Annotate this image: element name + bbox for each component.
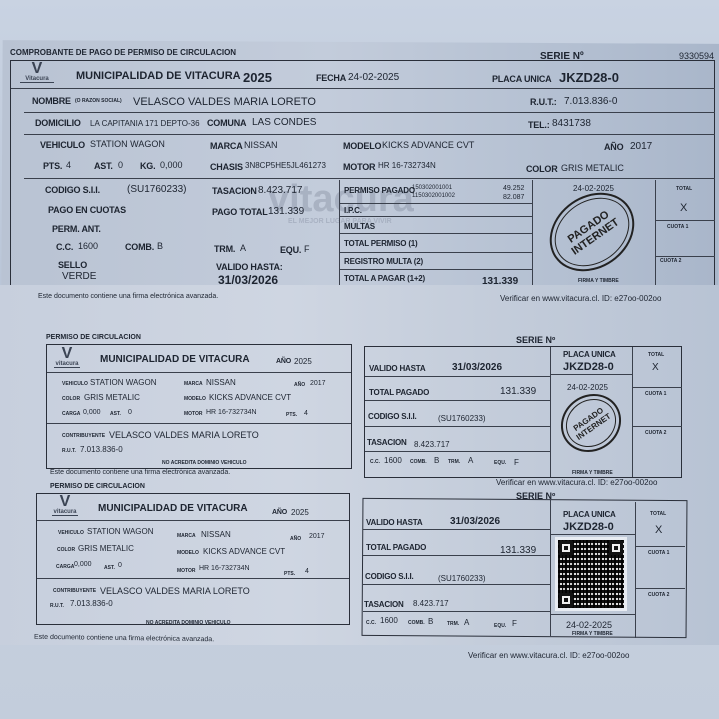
codigo-sii-value: (SU1760233) bbox=[127, 184, 186, 195]
color-value: GRIS METALIC bbox=[561, 163, 624, 173]
domicilio-value: LA CAPITANIA 171 DEPTO-36 bbox=[90, 119, 200, 128]
marca-value: NISSAN bbox=[244, 140, 278, 150]
tel-value: 8431738 bbox=[552, 118, 591, 129]
permiso-1-title: PERMISO DE CIRCULACION bbox=[46, 334, 141, 341]
chasis-value: 3N8CP5HE5JL461273 bbox=[245, 161, 326, 170]
comprobante-title: COMPROBANTE DE PAGO DE PERMISO DE CIRCUL… bbox=[10, 48, 236, 57]
nombre-value: VELASCO VALDES MARIA LORETO bbox=[133, 96, 316, 108]
logo-v-icon: V bbox=[20, 62, 54, 76]
permiso-2-title: PERMISO DE CIRCULACION bbox=[50, 483, 145, 490]
qr-code bbox=[555, 537, 627, 611]
placa-value: JKZD28-0 bbox=[559, 70, 619, 85]
sello-value: VERDE bbox=[62, 271, 96, 282]
tasacion-value: 8.423.717 bbox=[258, 185, 303, 196]
permiso-1-contribuyente: VELASCO VALDES MARIA LORETO bbox=[109, 430, 259, 440]
fecha-value: 24-02-2025 bbox=[348, 72, 399, 83]
comuna-value: LAS CONDES bbox=[252, 117, 316, 128]
permiso-2-contribuyente: VELASCO VALDES MARIA LORETO bbox=[100, 586, 250, 596]
comprobante-year: 2025 bbox=[243, 70, 272, 85]
vitacura-logo: V Vitacura bbox=[20, 62, 54, 83]
motor-value: HR 16-732734N bbox=[378, 161, 436, 170]
photographed-document: COMPROBANTE DE PAGO DE PERMISO DE CIRCUL… bbox=[0, 0, 719, 719]
total-mark: X bbox=[680, 202, 687, 214]
logo-v-icon: V bbox=[52, 495, 78, 509]
vehiculo-value: STATION WAGON bbox=[90, 139, 165, 149]
municipality-title: MUNICIPALIDAD DE VITACURA bbox=[76, 70, 241, 82]
logo-v-icon: V bbox=[54, 347, 80, 361]
rut-value: 7.013.836-0 bbox=[564, 96, 617, 107]
ano-value: 2017 bbox=[630, 141, 652, 152]
pago-total-value: 131.339 bbox=[268, 206, 304, 217]
modelo-value: KICKS ADVANCE CVT bbox=[382, 140, 474, 150]
